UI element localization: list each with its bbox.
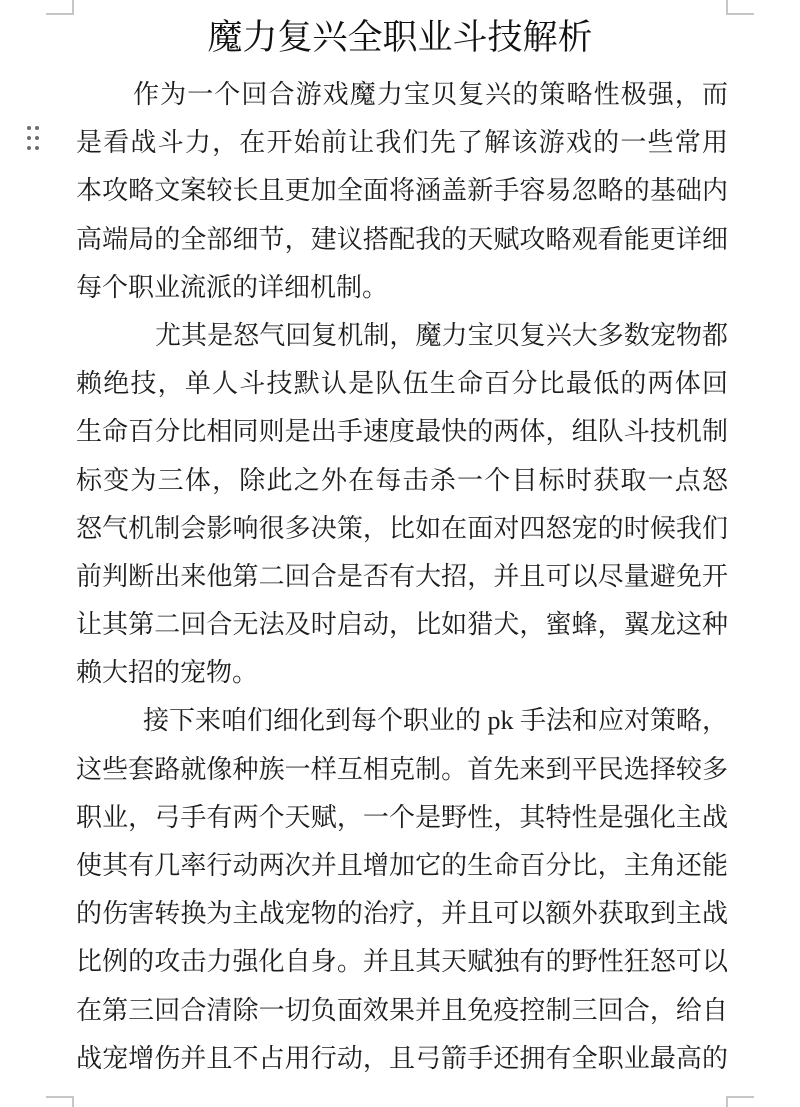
paragraph-archer-class: 接下来咱们细化到每个职业的 pk 手法和应对策略，当然 这些套路就像种族一样互相… [76, 697, 728, 1083]
drag-handle-icon[interactable] [27, 126, 39, 150]
page-title: 魔力复兴全职业斗技解析 [0, 10, 800, 60]
text-line: 生命百分比相同则是出手速度最快的两体，组队斗技机制相同目 [76, 408, 728, 456]
text-line: 使其有几率行动两次并且增加它的生命百分比，主角还能将自己 [76, 842, 728, 890]
text-line: 尤其是怒气回复机制，魔力宝贝复兴大多数宠物都很依 [76, 312, 728, 360]
text-boundary-mark-bottom-right [726, 1096, 728, 1107]
text-line: 标变为三体，除此之外在每击杀一个目标时获取一点怒气，这个 [76, 457, 728, 505]
drag-handle-dot [27, 126, 31, 130]
text-line: 接下来咱们细化到每个职业的 pk 手法和应对策略，当然 [76, 697, 728, 745]
text-line: 每个职业流派的详细机制。 [76, 264, 728, 312]
drag-handle-dot [27, 136, 31, 140]
text-line: 这些套路就像种族一样互相克制。首先来到平民选择较多的弓手 [76, 746, 728, 794]
text-line: 比例的攻击力强化自身。并且其天赋独有的野性狂怒可以让自身 [76, 938, 728, 986]
text-line: 高端局的全部细节，建议搭配我的天赋攻略观看能更详细的了解 [76, 216, 728, 264]
text-line: 作为一个回合游戏魔力宝贝复兴的策略性极强，而不单纯 [76, 71, 728, 119]
text-boundary-mark-bottom-left [72, 1096, 74, 1107]
drag-handle-dot [35, 136, 39, 140]
text-line: 赖大招的宠物。 [76, 649, 728, 697]
text-line: 本攻略文案较长且更加全面将涵盖新手容易忽略的基础内容和 [76, 167, 728, 215]
drag-handle-dot [27, 146, 31, 150]
text-line: 是看战斗力，在开始前让我们先了解该游戏的一些常用 pk 机制， [76, 119, 728, 167]
text-line: 职业，弓手有两个天赋，一个是野性，其特性是强化主战宠物， [76, 794, 728, 842]
text-line: 让其第二回合无法及时启动，比如猎犬，蜜蜂，翼龙这种四怒依 [76, 601, 728, 649]
text-boundary-mark-bottom-right [726, 1096, 754, 1098]
paragraph-rage-mechanic: 尤其是怒气回复机制，魔力宝贝复兴大多数宠物都很依 赖绝技，单人斗技默认是队伍生命… [76, 312, 728, 698]
text-boundary-mark-bottom-left [46, 1096, 74, 1098]
text-line: 赖绝技，单人斗技默认是队伍生命百分比最低的两体回怒，如果 [76, 360, 728, 408]
document-page: 魔力复兴全职业斗技解析 作为一个回合游戏魔力宝贝复兴的策略性极强，而不单纯 是看… [0, 0, 800, 1107]
text-line: 战宠增伤并且不占用行动，且弓箭手还拥有全职业最高的闪避加 [76, 1035, 728, 1083]
text-line: 的伤害转换为主战宠物的治疗，并且可以额外获取到主战宠一定 [76, 890, 728, 938]
drag-handle-dot [35, 126, 39, 130]
text-line: 在第三回合清除一切负面效果并且免疫控制三回合，给自己和主 [76, 987, 728, 1035]
document-body[interactable]: 作为一个回合游戏魔力宝贝复兴的策略性极强，而不单纯 是看战斗力，在开始前让我们先… [76, 71, 728, 1083]
drag-handle-dot [35, 146, 39, 150]
text-line: 前判断出来他第二回合是否有大招，并且可以尽量避免开场集火 [76, 553, 728, 601]
paragraph-intro: 作为一个回合游戏魔力宝贝复兴的策略性极强，而不单纯 是看战斗力，在开始前让我们先… [76, 71, 728, 312]
text-line: 怒气机制会影响很多决策，比如在面对四怒宠的时候我们可以提 [76, 505, 728, 553]
